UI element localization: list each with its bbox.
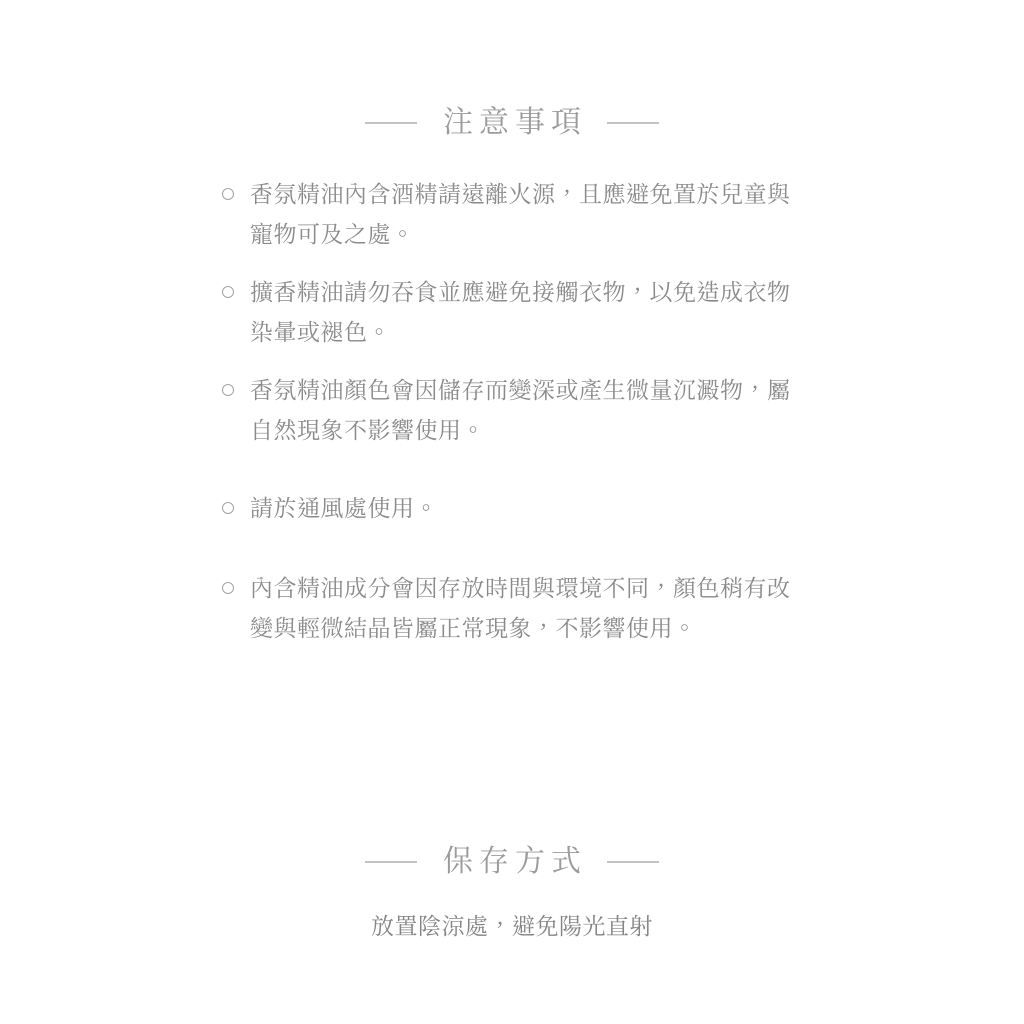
title-rule-left [365,861,417,863]
product-care-info-panel: 注意事項 香氛精油內含酒精請遠離火源，且應避免置於兒童與寵物可及之處。 擴香精油… [0,0,1024,1024]
note-text: 香氛精油顏色會因儲存而變深或產生微量沉澱物，屬自然現象不影響使用。 [250,370,797,450]
list-item: 擴香精油請勿吞食並應避免接觸衣物，以免造成衣物染暈或褪色。 [222,272,797,352]
circle-bullet-icon [222,188,234,200]
storage-title: 保存方式 [0,840,1024,884]
circle-bullet-icon [222,582,234,594]
precautions-list: 香氛精油內含酒精請遠離火源，且應避免置於兒童與寵物可及之處。 擴香精油請勿吞食並… [222,174,797,648]
title-rule-right [607,122,659,124]
title-rule-left [365,122,417,124]
list-item: 香氛精油內含酒精請遠離火源，且應避免置於兒童與寵物可及之處。 [222,174,797,254]
note-text: 內含精油成分會因存放時間與環境不同，顏色稍有改變與輕微結晶皆屬正常現象，不影響使… [250,568,797,648]
precautions-title-text: 注意事項 [437,101,587,145]
note-text: 擴香精油請勿吞食並應避免接觸衣物，以免造成衣物染暈或褪色。 [250,272,797,352]
list-item: 請於通風處使用。 [222,488,797,528]
circle-bullet-icon [222,384,234,396]
note-text: 請於通風處使用。 [250,488,797,528]
circle-bullet-icon [222,286,234,298]
list-item: 內含精油成分會因存放時間與環境不同，顏色稍有改變與輕微結晶皆屬正常現象，不影響使… [222,568,797,648]
note-text: 香氛精油內含酒精請遠離火源，且應避免置於兒童與寵物可及之處。 [250,174,797,254]
list-item: 香氛精油顏色會因儲存而變深或產生微量沉澱物，屬自然現象不影響使用。 [222,370,797,450]
storage-description: 放置陰涼處，避免陽光直射 [0,906,1024,946]
precautions-title: 注意事項 [0,101,1024,145]
storage-section: 保存方式 放置陰涼處，避免陽光直射 [0,840,1024,946]
storage-title-text: 保存方式 [437,840,587,884]
title-rule-right [607,861,659,863]
precautions-section: 注意事項 香氛精油內含酒精請遠離火源，且應避免置於兒童與寵物可及之處。 擴香精油… [0,101,1024,648]
circle-bullet-icon [222,502,234,514]
